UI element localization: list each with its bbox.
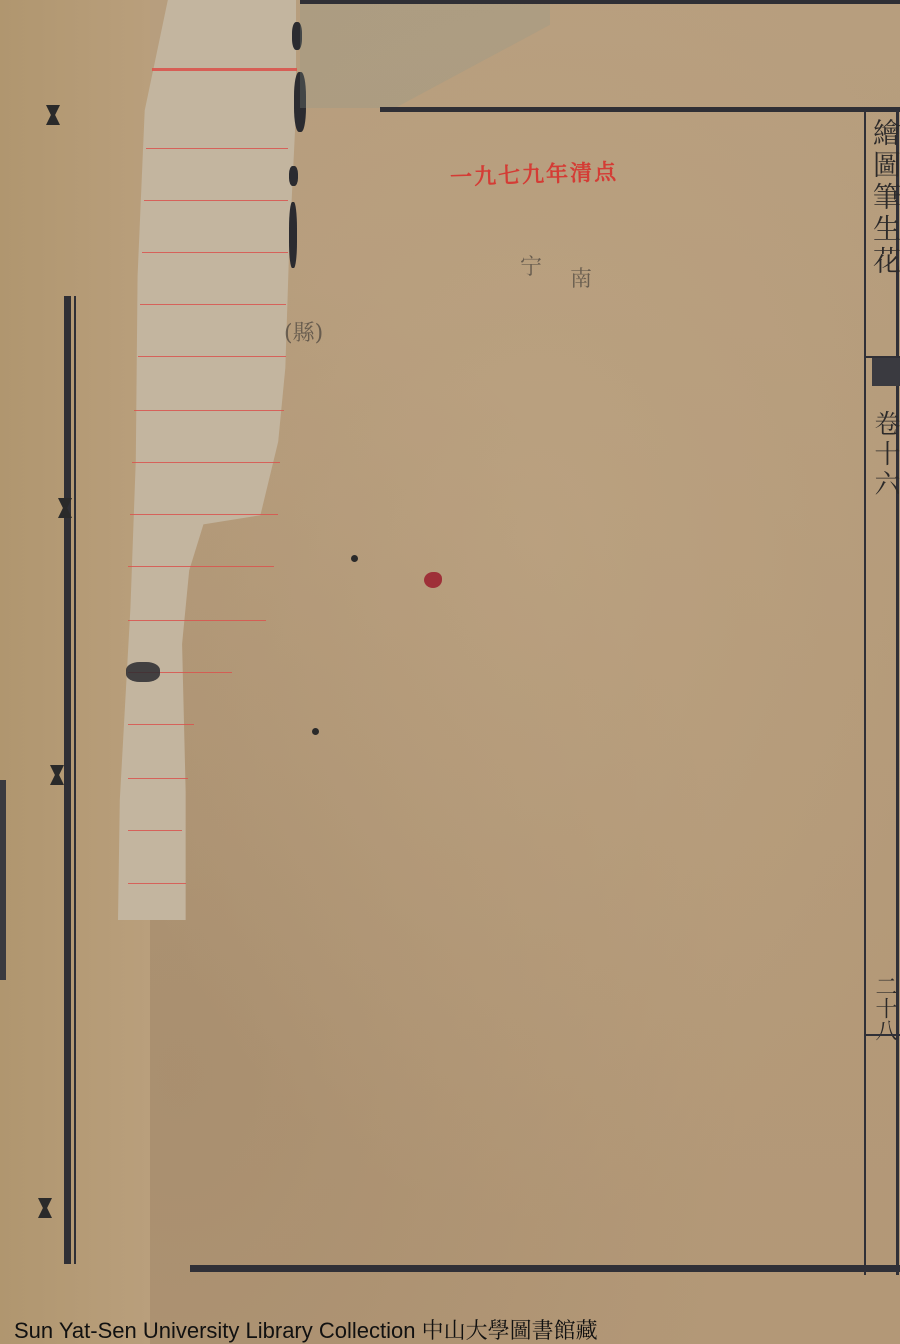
faded-character: (縣) — [284, 316, 323, 347]
ruled-line — [152, 68, 297, 71]
frame-right-line — [864, 110, 866, 1275]
repair-paper-strip — [118, 0, 296, 920]
binding-edge-shadow — [0, 780, 6, 980]
faded-character: 南 — [570, 262, 592, 293]
scanned-page: 繪圖筆生花 卷十六 二十八 一九七九年清点 宁 南 (縣) Sun Yat-Se… — [0, 0, 900, 1344]
binding-line-thick — [64, 296, 71, 1264]
ink-dot — [312, 728, 319, 735]
caption-english: Sun Yat-Sen University Library Collectio… — [14, 1318, 415, 1343]
ruled-line — [128, 778, 188, 779]
ruled-line — [132, 462, 280, 463]
collection-caption: Sun Yat-Sen University Library Collectio… — [14, 1314, 598, 1344]
ruled-line — [134, 410, 284, 411]
ink-stain — [126, 662, 160, 682]
ruled-line — [140, 304, 286, 305]
ruled-line — [144, 200, 288, 201]
ruled-line — [146, 148, 288, 149]
ruled-line — [128, 620, 266, 621]
spine-title: 繪圖筆生花 — [870, 118, 900, 358]
faded-character: 宁 — [520, 250, 542, 281]
ruled-line — [128, 830, 182, 831]
frame-inner-top-line — [380, 107, 900, 112]
frame-top-line — [300, 0, 900, 4]
ruled-line — [128, 883, 186, 884]
spine-fishtail-block — [872, 358, 900, 386]
page-number: 二十八 — [870, 975, 900, 1041]
library-inventory-stamp: 一九七九年清点 — [450, 155, 619, 192]
ruled-line — [130, 514, 278, 515]
ink-dot — [351, 555, 358, 562]
ink-blot — [289, 166, 298, 186]
ruled-line — [128, 724, 194, 725]
red-ink-spot — [424, 572, 442, 588]
binding-line-thin — [74, 296, 76, 1264]
ink-blot — [289, 202, 297, 268]
frame-bottom-line — [190, 1265, 900, 1272]
ruled-line — [138, 356, 286, 357]
page-number-divider — [866, 1034, 900, 1036]
caption-chinese: 中山大學圖書館藏 — [422, 1319, 598, 1344]
ruled-line — [128, 566, 274, 567]
ruled-line — [142, 252, 288, 253]
torn-paper-overlay — [300, 4, 550, 108]
volume-label: 卷十六 — [870, 410, 900, 500]
